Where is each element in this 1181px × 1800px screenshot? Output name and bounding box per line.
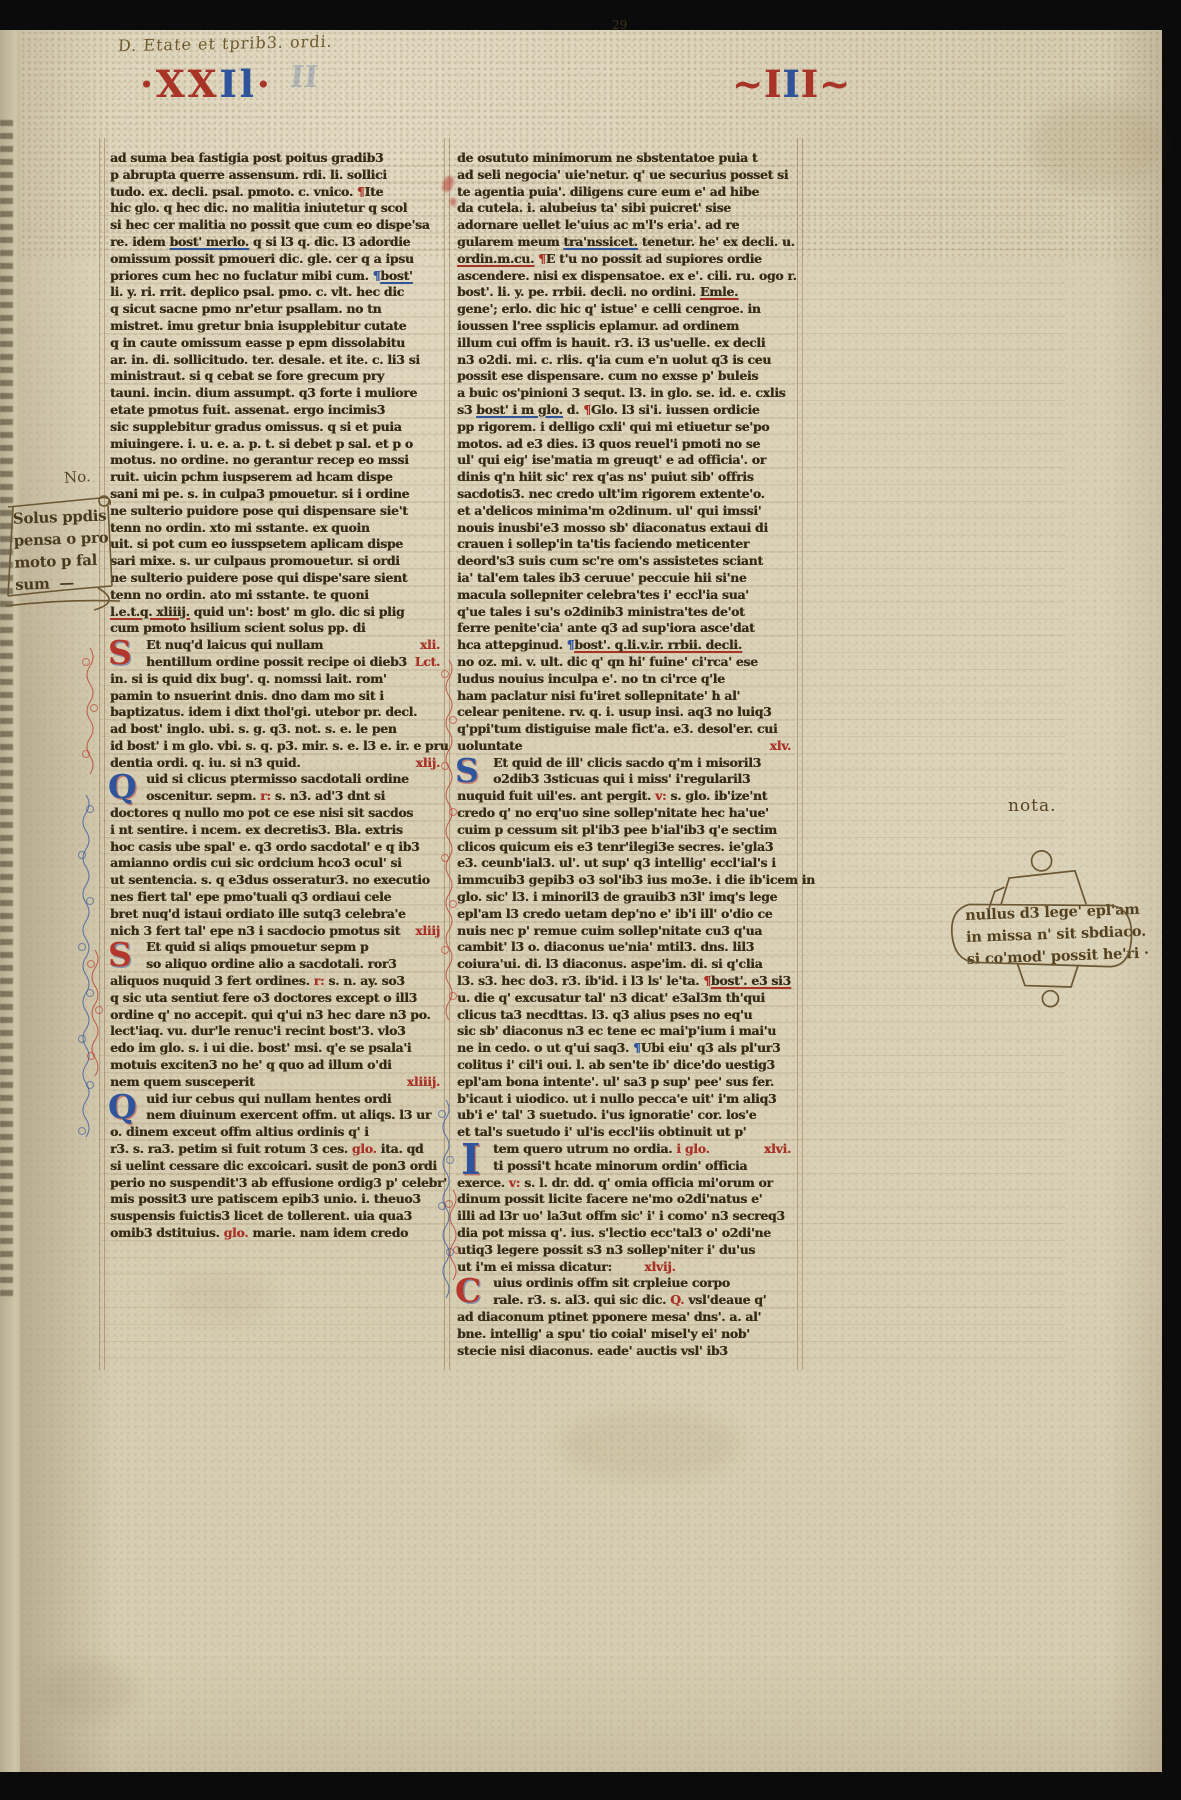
chapter-number: xlv. <box>770 738 791 755</box>
text-segment: nuquid fuit uil'es. ant pergit. <box>457 788 655 803</box>
text-segment: li. y. ri. rrit. deplico psal. pmo. c. v… <box>110 284 404 299</box>
numeral-part: ~ <box>732 62 764 106</box>
text-line: dia pot missa q'. ius. s'lectio ecc'tal3… <box>457 1225 795 1242</box>
text-segment: baptizatus. idem i dixt thol'gi. utebor … <box>110 704 417 719</box>
text-line: de osututo minimorum ne sbstentatoe puia… <box>457 150 795 167</box>
text-segment: tenetur. he' ex decli. u. <box>638 234 795 249</box>
numeral-part: X <box>188 62 220 106</box>
text-segment: deord's3 suis cum sc're om's assistetes … <box>457 553 763 568</box>
text-line: motos. ad e3 dies. i3 quos reuel'i pmoti… <box>457 436 795 453</box>
text-column-right: de osututo minimorum ne sbstentatoe puia… <box>457 150 795 1359</box>
numeral-part: I <box>801 62 819 106</box>
text-segment: de osututo minimorum ne sbstentatoe puia… <box>457 150 757 165</box>
text-segment: p abrupta querre assensum. rdi. li. soll… <box>110 167 387 182</box>
numeral-part: ·X <box>140 62 188 106</box>
text-segment: quid un': bost' m glo. dic si plig <box>190 604 405 619</box>
text-line: suspensis fuictis3 licet de tollerent. u… <box>110 1208 444 1225</box>
text-segment: ad diaconum ptinet pponere mesa' dns'. a… <box>457 1309 761 1324</box>
text-segment: glo. <box>352 1141 377 1156</box>
text-line: bne. intellig' a spu' tio coial' misel'y… <box>457 1326 795 1343</box>
text-line: sic sb' diaconus n3 ec tene ec mai'p'ium… <box>457 1023 795 1040</box>
text-segment: sic sb' diaconus n3 ec tene ec mai'p'ium… <box>457 1023 776 1038</box>
text-line: q sicut sacne pmo nr'etur psallam. no tn <box>110 301 444 318</box>
text-segment: ludus nouius inculpa e'. no tn ci'rce q'… <box>457 671 725 686</box>
text-segment: omissum possit pmoueri dic. gle. cer q a… <box>110 251 414 266</box>
vertical-ruling <box>104 138 105 1370</box>
text-segment: hentillum ordine possit recipe oi dieb3 <box>146 654 407 669</box>
text-line: nuis nec p' remue cuim sollep'nitate cu3… <box>457 923 795 940</box>
text-segment: priores cum hec no fuclatur mibi cum. <box>110 268 373 283</box>
text-segment: edo im glo. s. i ui die. bost' msi. q'e … <box>110 1040 411 1055</box>
text-line: clicus ta3 necdttas. l3. q3 alius pses n… <box>457 1007 795 1024</box>
text-segment: colitus i' cil'i oui. l. ab sen'te ib' d… <box>457 1057 775 1072</box>
text-segment: no oz. mi. v. ult. dic q' qn hi' fuine' … <box>457 654 758 669</box>
text-line: Item quero utrum no ordia. i glo.xlvi. <box>457 1141 795 1158</box>
text-segment: ham paclatur nisi fu'iret sollepnitate' … <box>457 688 740 703</box>
text-segment: nich 3 fert tal' epe n3 i sacdocio pmotu… <box>110 923 400 938</box>
text-segment: Et quid de ill' clicis sacdo q'm i misor… <box>493 755 761 770</box>
text-segment: illum cui offm is hauit. r3. i3 us'uelle… <box>457 335 765 350</box>
text-line: ferre penite'cia' ante q3 ad sup'iora as… <box>457 620 795 637</box>
text-line: bret nuq'd istaui ordiato ille sutq3 cel… <box>110 906 444 923</box>
text-segment: ne sulterio puidere pose qui dispe'sare … <box>110 570 407 585</box>
text-segment: v: <box>655 788 666 803</box>
text-line: a buic os'pinioni 3 sequt. l3. in glo. s… <box>457 385 795 402</box>
text-segment: q si l3 q. dic. l3 adordie <box>249 234 410 249</box>
text-line: si uelint cessare dic excoicari. susit d… <box>110 1158 444 1175</box>
text-line: sacdotis3. nec credo ult'im rigorem exte… <box>457 486 795 503</box>
text-line: mis possit3 ure patiscem epib3 unio. i. … <box>110 1191 444 1208</box>
text-segment: d. <box>563 402 584 417</box>
text-segment: r: <box>260 788 271 803</box>
text-line: bost'. li. y. pe. rrbii. decli. no ordin… <box>457 284 795 301</box>
text-line: ne in cedo. o ut q'ui saq3. ¶Ubi eiu' q3… <box>457 1040 795 1057</box>
text-segment: Emle. <box>700 284 738 299</box>
text-line: exerce. v: s. l. dr. dd. q' omia officia… <box>457 1175 795 1192</box>
text-segment: ¶ <box>357 184 365 199</box>
text-segment: da cutela. i. alubeius ta' sibi puicret'… <box>457 200 731 215</box>
text-segment: hic glo. q hec dic. no malitia iniutetur… <box>110 200 407 215</box>
vertical-ruling <box>797 138 798 1370</box>
text-segment: amianno ordis cui sic ordcium hco3 ocul'… <box>110 855 402 870</box>
text-line: da cutela. i. alubeius ta' sibi puicret'… <box>457 200 795 217</box>
text-segment: a buic os'pinioni 3 sequt. l3. in glo. s… <box>457 385 785 400</box>
text-segment: o2dib3 3sticuas qui i miss' i'regularil3 <box>493 771 750 786</box>
vertical-ruling <box>802 138 803 1370</box>
chapter-number: xlvi. <box>764 1141 791 1158</box>
text-segment: bost'. q.li.v.ir. rrbii. decli. <box>574 637 742 652</box>
text-segment: lect'iaq. vu. dur'le renuc'i recint bost… <box>110 1023 405 1038</box>
text-line: etate pmotus fuit. assenat. ergo incimis… <box>110 402 444 419</box>
text-segment: q sicut sacne pmo nr'etur psallam. no tn <box>110 301 381 316</box>
stain <box>560 1410 740 1480</box>
text-segment: stecie nisi diaconus. eade' auctis vsl' … <box>457 1343 728 1358</box>
text-segment: sic supplebitur gradus omissus. q si et … <box>110 419 402 434</box>
text-segment: hoc casis ube spal' e. q3 ordo sacdotal'… <box>110 839 419 854</box>
text-line: dentia ordi. q. iu. si n3 quid.xlij. <box>110 755 444 772</box>
text-line: credo q' no erq'uo sine sollep'nitate he… <box>457 805 795 822</box>
text-segment: sacdotis3. nec credo ult'im rigorem exte… <box>457 486 765 501</box>
text-line: ham paclatur nisi fu'iret sollepnitate' … <box>457 688 795 705</box>
text-line: pamin to nsuerint dnis. dno dam mo sit i <box>110 688 444 705</box>
text-segment: ul' qui eig' ise'matia m greuqt' e ad of… <box>457 452 766 467</box>
text-line: coiura'ui. di. l3 diaconus. aspe'im. di.… <box>457 956 795 973</box>
text-line: uit. si pot cum eo iusspsetem aplicam di… <box>110 536 444 553</box>
text-segment: in. si is quid dix bug'. q. nomssi lait.… <box>110 671 386 686</box>
text-segment: q sic uta sentiut fere o3 doctores excep… <box>110 990 417 1005</box>
text-segment: rale. r3. s. al3. qui sic dic. <box>493 1292 670 1307</box>
text-segment: ordin.m.cu. <box>457 251 534 266</box>
text-line: o2dib3 3sticuas qui i miss' i'regularil3 <box>457 771 795 788</box>
text-line: ad diaconum ptinet pponere mesa' dns'. a… <box>457 1309 795 1326</box>
text-line: q in caute omissum easse p epm dissolabi… <box>110 335 444 352</box>
text-segment: pp rigorem. i delligo cxli' qui mi etiue… <box>457 419 769 434</box>
text-line: SEt quid si aliqs pmouetur sepm p <box>110 939 444 956</box>
nota-label-right: nota. <box>1008 796 1057 816</box>
text-segment: dentia ordi. q. iu. si n3 quid. <box>110 755 300 770</box>
chapter-number: xli. <box>420 637 440 654</box>
text-segment: sani mi pe. s. in culpa3 pmouetur. si i … <box>110 486 409 501</box>
text-segment: exerce. <box>457 1175 509 1190</box>
text-segment: et a'delicos minima'm o2dinum. ul' qui i… <box>457 503 761 518</box>
text-line: so aliquo ordine alio a sacdotali. ror3 <box>110 956 444 973</box>
folio-numeral-xxii: ·XXIl· <box>140 62 273 106</box>
text-segment: s. n. ay. so3 <box>324 973 404 988</box>
text-line: s3 bost' i m glo. d. ¶Glo. l3 si'i. iuss… <box>457 402 795 419</box>
text-segment: ita. qd <box>377 1141 424 1156</box>
text-segment: mistret. imu gretur bnia isupplebitur cu… <box>110 318 406 333</box>
text-line: deord's3 suis cum sc're om's assistetes … <box>457 553 795 570</box>
text-line: hoc casis ube spal' e. q3 ordo sacdotal'… <box>110 839 444 856</box>
text-line: li. y. ri. rrit. deplico psal. pmo. c. v… <box>110 284 444 301</box>
text-segment: bost' <box>380 268 412 283</box>
text-segment: ascendere. nisi ex dispensatoe. ex e'. c… <box>457 268 797 283</box>
text-line: sani mi pe. s. in culpa3 pmouetur. si i … <box>110 486 444 503</box>
text-segment: possit ese dispensare. cum no exsse p' b… <box>457 368 758 383</box>
text-line: id bost' i m glo. vbi. s. q. p3. mir. s.… <box>110 738 444 755</box>
text-line: miuingere. i. u. e. a. p. t. si debet p … <box>110 436 444 453</box>
text-line: epl'am bona intente'. ul' sa3 p sup' pee… <box>457 1074 795 1091</box>
text-segment: s. glo. ib'ize'nt <box>666 788 767 803</box>
text-segment: nuis nec p' remue cuim sollep'nitate cu3… <box>457 923 762 938</box>
text-line: te agentia puia'. diligens cure eum e' a… <box>457 184 795 201</box>
text-line: perio no suspendit'3 ab effusione ordig3… <box>110 1175 444 1192</box>
text-segment: vsl'deaue q' <box>684 1292 766 1307</box>
text-line: ordine q' no accepit. qui q'ui n3 hec da… <box>110 1007 444 1024</box>
text-line: ut i'm ei missa dicatur: xlvij. <box>457 1259 795 1276</box>
text-segment: credo q' no erq'uo sine sollep'nitate he… <box>457 805 769 820</box>
text-segment: tudo. ex. decli. psal. pmoto. c. vnico. <box>110 184 357 199</box>
text-segment: e3. ceunb'ial3. ul'. ut sup' q3 intellig… <box>457 855 776 870</box>
text-segment: xlvij. <box>612 1259 676 1274</box>
text-line: i nt sentire. i ncem. ex decretis3. Bla.… <box>110 822 444 839</box>
text-segment: coiura'ui. di. l3 diaconus. aspe'im. di.… <box>457 956 762 971</box>
manuscript-page: D. Etate et tprib3. ordi. 29 ·XXIl· II ~… <box>0 0 1181 1800</box>
text-segment: mis possit3 ure patiscem epib3 unio. i. … <box>110 1191 421 1206</box>
text-segment: ruit. uicin pchm iuspserem ad hcam dispe <box>110 469 392 484</box>
text-line: ia' tal'em tales ib3 ceruue' peccuie hii… <box>457 570 795 587</box>
text-segment: bost'. li. y. pe. rrbii. decli. no ordin… <box>457 284 700 299</box>
text-segment: sari mixe. s. ur culpaus promouetur. si … <box>110 553 400 568</box>
text-segment: Ubi eiu' q3 als pl'ur3 <box>641 1040 781 1055</box>
text-segment: uit. si pot cum eo iusspsetem aplicam di… <box>110 536 403 551</box>
text-segment: r3. s. ra3. petim si fuit rotum 3 ces. <box>110 1141 352 1156</box>
text-line: et tal's suetudo i' ul'is eccl'iis obtin… <box>457 1124 795 1141</box>
text-line: tudo. ex. decli. psal. pmoto. c. vnico. … <box>110 184 444 201</box>
text-segment: E t'u no possit ad supiores ordie <box>546 251 762 266</box>
text-line: Quid si clicus ptermisso sacdotali ordin… <box>110 771 444 788</box>
text-line: e3. ceunb'ial3. ul'. ut sup' q3 intellig… <box>457 855 795 872</box>
text-line: oscenitur. sepm. r: s. n3. ad'3 dnt si <box>110 788 444 805</box>
text-segment: s. n3. ad'3 dnt si <box>271 788 385 803</box>
red-ink-smudge <box>450 198 456 206</box>
text-segment: doctores q nullo mo pot ce ese nisi sit … <box>110 805 413 820</box>
text-line: tauni. incin. dium assumpt. q3 forte i m… <box>110 385 444 402</box>
text-segment: tauni. incin. dium assumpt. q3 forte i m… <box>110 385 417 400</box>
text-segment: motos. ad e3 dies. i3 quos reuel'i pmoti… <box>457 436 760 451</box>
text-segment: Q. <box>670 1292 684 1307</box>
text-segment: suspensis fuictis3 licet de tollerent. u… <box>110 1208 412 1223</box>
text-line: ub'i e' tal' 3 suetudo. i'us ignoratie' … <box>457 1107 795 1124</box>
text-segment: gene'; erlo. dic hic q' istue' e celli c… <box>457 301 761 316</box>
text-segment: ioussen l'ree ssplicis eplamur. ad ordin… <box>457 318 739 333</box>
text-line: motus. no ordine. no gerantur recep eo m… <box>110 452 444 469</box>
text-segment: ad seli negocia' uie'netur. q' ue securi… <box>457 167 788 182</box>
text-segment: u. die q' excusatur tal' n3 dicat' e3al3… <box>457 990 765 1005</box>
stain <box>45 1660 135 1720</box>
text-line: amianno ordis cui sic ordcium hco3 ocul'… <box>110 855 444 872</box>
text-segment: tra'nssicet. <box>563 234 637 249</box>
text-line: glo. sic' l3. i minoril3 de grauib3 n3l'… <box>457 889 795 906</box>
text-line: SEt quid de ill' clicis sacdo q'm i miso… <box>457 755 795 772</box>
text-segment: clicos quicum eis e3 tenr'ilegi3e secres… <box>457 839 773 854</box>
text-segment: nouis inusbi'e3 mosso sb' diaconatus ext… <box>457 520 768 535</box>
text-segment: et tal's suetudo i' ul'is eccl'iis obtin… <box>457 1124 746 1139</box>
text-segment: ti possi't hcate minorum ordin' officia <box>493 1158 747 1173</box>
text-segment: ordine q' no accepit. qui q'ui n3 hec da… <box>110 1007 430 1022</box>
text-segment: re. idem <box>110 234 169 249</box>
text-line: hca attepginud. ¶bost'. q.li.v.ir. rrbii… <box>457 637 795 654</box>
text-segment: Et quid si aliqs pmouetur sepm p <box>146 939 368 954</box>
marginal-note-left: Solus ppdispensa o promoto p falsum — <box>12 504 115 595</box>
adjacent-leaf-text-sliver <box>0 120 13 1300</box>
text-segment: si hec cer malitia no possit que cum eo … <box>110 217 430 232</box>
text-line: mistret. imu gretur bnia isupplebitur cu… <box>110 318 444 335</box>
text-segment: ad suma bea fastigia post poitus gradib3 <box>110 150 383 165</box>
text-line: priores cum hec no fuclatur mibi cum. ¶b… <box>110 268 444 285</box>
text-segment: celear penitene. rv. q. i. usup insi. aq… <box>457 704 771 719</box>
text-line: nuquid fuit uil'es. ant pergit. v: s. gl… <box>457 788 795 805</box>
text-line: et a'delicos minima'm o2dinum. ul' qui i… <box>457 503 795 520</box>
text-line: sic supplebitur gradus omissus. q si et … <box>110 419 444 436</box>
text-line: n3 o2di. mi. c. rlis. q'ia cum e'n uolut… <box>457 352 795 369</box>
text-line: q sic uta sentiut fere o3 doctores excep… <box>110 990 444 1007</box>
text-segment: l.e.t.q. xliiij. <box>110 604 190 619</box>
text-line: hic glo. q hec dic. no malitia iniutetur… <box>110 200 444 217</box>
text-segment: ¶ <box>538 251 546 266</box>
text-segment: hca attepginud. <box>457 637 567 652</box>
text-line: b'icaut i uiodico. ut i nullo pecca'e ui… <box>457 1091 795 1108</box>
text-line: ludus nouius inculpa e'. no tn ci'rce q'… <box>457 671 795 688</box>
text-line: lect'iaq. vu. dur'le renuc'i recint bost… <box>110 1023 444 1040</box>
text-segment: bret nuq'd istaui ordiato ille sutq3 cel… <box>110 906 406 921</box>
nota-abbrev-left: No. <box>63 467 91 487</box>
numeral-part: I <box>782 62 800 106</box>
text-line: no oz. mi. v. ult. dic q' qn hi' fuine' … <box>457 654 795 671</box>
chapter-number: xliij <box>415 923 440 940</box>
text-segment: uid si clicus ptermisso sacdotali ordine <box>146 771 409 786</box>
text-line: cuim p cessum sit pl'ib3 pee b'ial'ib3 q… <box>457 822 795 839</box>
corner-mark: 29 <box>612 18 627 32</box>
text-segment: so aliquo ordine alio a sacdotali. ror3 <box>146 956 396 971</box>
text-line: re. idem bost' merlo. q si l3 q. dic. l3… <box>110 234 444 251</box>
text-line: gularem meum tra'nssicet. tenetur. he' e… <box>457 234 795 251</box>
text-line: motuis exciten3 no he' q quo ad illum o'… <box>110 1057 444 1074</box>
text-line: ad suma bea fastigia post poitus gradib3 <box>110 150 444 167</box>
text-line: illi ad l3r uo' la3ut offm sic' i' i com… <box>457 1208 795 1225</box>
text-line: ne sulterio puidere pose qui dispe'sare … <box>110 570 444 587</box>
text-segment: cum pmoto hsilium scient solus pp. di <box>110 620 365 635</box>
text-line: ascendere. nisi ex dispensatoe. ex e'. c… <box>457 268 795 285</box>
text-line: Cuius ordinis offm sit crpleiue corpo <box>457 1275 795 1292</box>
text-segment: perio no suspendit'3 ab effusione ordig3… <box>110 1175 447 1190</box>
text-segment: n3 o2di. mi. c. rlis. q'ia cum e'n uolut… <box>457 352 771 367</box>
text-segment: o. dinem exceut offm altius ordinis q' i <box>110 1124 369 1139</box>
text-segment: q'ue tales i su's o2dinib3 ministra'tes … <box>457 604 745 619</box>
text-segment: tenn no ordin. xto mi sstante. ex quoin <box>110 520 370 535</box>
text-segment: l3. s3. hec do3. r3. ib'id. i l3 ls' le'… <box>457 973 703 988</box>
note-line: pensa o pro <box>13 526 114 551</box>
text-segment: Ite <box>365 184 384 199</box>
text-line: o. dinem exceut offm altius ordinis q' i <box>110 1124 444 1141</box>
chapter-numeral-iii: ~III~ <box>732 62 851 106</box>
text-line: dinum possit licite facere ne'mo o2di'na… <box>457 1191 795 1208</box>
text-line: crauen i sollep'in ta'tis faciendo metic… <box>457 536 795 553</box>
text-segment: s. l. dr. dd. q' omia officia mi'orum or <box>520 1175 773 1190</box>
text-line: macula sollepniter celebra'tes i' eccl'i… <box>457 587 795 604</box>
text-segment: aliquos nuquid 3 fert ordines. <box>110 973 314 988</box>
text-segment: ne in cedo. o ut q'ui saq3. <box>457 1040 633 1055</box>
text-line: ruit. uicin pchm iuspserem ad hcam dispe <box>110 469 444 486</box>
text-segment: epl'am bona intente'. ul' sa3 p sup' pee… <box>457 1074 774 1089</box>
text-segment: te agentia puia'. diligens cure eum e' a… <box>457 184 759 199</box>
text-segment: miuingere. i. u. e. a. p. t. si debet p … <box>110 436 413 451</box>
text-line: in. si is quid dix bug'. q. nomssi lait.… <box>110 671 444 688</box>
text-line: ioussen l'ree ssplicis eplamur. ad ordin… <box>457 318 795 335</box>
text-line: ad seli negocia' uie'netur. q' ue securi… <box>457 167 795 184</box>
text-segment: ministraut. si q cebat se fore grecum pr… <box>110 368 384 383</box>
text-segment: illi ad l3r uo' la3ut offm sic' i' i com… <box>457 1208 785 1223</box>
text-segment: ar. in. di. sollicitudo. ter. desale. et… <box>110 352 420 367</box>
text-line: ordin.m.cu. ¶E t'u no possit ad supiores… <box>457 251 795 268</box>
numeral-part: · <box>257 62 273 106</box>
text-segment: ¶ <box>633 1040 641 1055</box>
text-line: utiq3 legere possit s3 n3 sollep'niter i… <box>457 1242 795 1259</box>
text-line: adornare uellet le'uius ac m'l's eria'. … <box>457 217 795 234</box>
text-segment: ferre penite'cia' ante q3 ad sup'iora as… <box>457 620 755 635</box>
text-segment: marie. nam idem credo <box>248 1225 408 1240</box>
text-segment: glo. sic' l3. i minoril3 de grauib3 n3l'… <box>457 889 777 904</box>
text-segment: s3 <box>457 402 476 417</box>
text-line: ne sulterio puidore pose qui dispensare … <box>110 503 444 520</box>
numeral-part: Il <box>219 62 256 106</box>
text-segment: nes fiert tal' epe pmo'tuali q3 ordiaui … <box>110 889 391 904</box>
text-segment: uius ordinis offm sit crpleiue corpo <box>493 1275 730 1290</box>
text-segment: cambit' l3 o. diaconus ue'nia' mtil3. dn… <box>457 939 754 954</box>
text-segment: ¶ <box>583 402 591 417</box>
text-segment: ut sentencia. s. q e3dus osseratur3. no … <box>110 872 430 887</box>
text-line: aliquos nuquid 3 fert ordines. r: s. n. … <box>110 973 444 990</box>
text-line: ministraut. si q cebat se fore grecum pr… <box>110 368 444 385</box>
text-segment: i nt sentire. i ncem. ex decretis3. Bla.… <box>110 822 403 837</box>
text-line: nem quem susceperitxliiij. <box>110 1074 444 1091</box>
text-line: ul' qui eig' ise'matia m greuqt' e ad of… <box>457 452 795 469</box>
vertical-ruling <box>449 138 450 1370</box>
text-line: nich 3 fert tal' epe n3 i sacdocio pmotu… <box>110 923 444 940</box>
text-segment: bost'. e3 si3 <box>711 973 791 988</box>
text-line: colitus i' cil'i oui. l. ab sen'te ib' d… <box>457 1057 795 1074</box>
marginal-cartouche-note: nullus d3 lege' epl'amin missa n' sit sb… <box>965 899 1135 971</box>
text-segment: motuis exciten3 no he' q quo ad illum o'… <box>110 1057 391 1072</box>
text-segment: ¶ <box>703 973 711 988</box>
vertical-ruling <box>99 138 100 1370</box>
text-segment: dinis q'n hiit sic' rex q'as ns' puiut s… <box>457 469 753 484</box>
text-line: dinis q'n hiit sic' rex q'as ns' puiut s… <box>457 469 795 486</box>
text-line: r3. s. ra3. petim si fuit rotum 3 ces. g… <box>110 1141 444 1158</box>
text-column-left: ad suma bea fastigia post poitus gradib3… <box>110 150 444 1242</box>
text-segment: ad bost' inglo. ubi. s. g. q3. not. s. e… <box>110 721 397 736</box>
numeral-part: ~ <box>819 62 851 106</box>
text-segment: motus. no ordine. no gerantur recep eo m… <box>110 452 409 467</box>
text-line: pp rigorem. i delligo cxli' qui mi etiue… <box>457 419 795 436</box>
text-segment: glo. <box>224 1225 249 1240</box>
text-segment: ub'i e' tal' 3 suetudo. i'us ignoratie' … <box>457 1107 756 1122</box>
text-segment: adornare uellet le'uius ac m'l's eria'. … <box>457 217 739 232</box>
text-segment: q in caute omissum easse p epm dissolabi… <box>110 335 405 350</box>
text-line: hentillum ordine possit recipe oi dieb3L… <box>110 654 444 671</box>
text-segment: clicus ta3 necdttas. l3. q3 alius pses n… <box>457 1007 752 1022</box>
text-segment: utiq3 legere possit s3 n3 sollep'niter i… <box>457 1242 755 1257</box>
text-line: rale. r3. s. al3. qui sic dic. Q. vsl'de… <box>457 1292 795 1309</box>
chapter-number: xliiij. <box>407 1074 440 1091</box>
text-segment: i glo. <box>676 1141 709 1156</box>
text-segment: b'icaut i uiodico. ut i nullo pecca'e ui… <box>457 1091 776 1106</box>
text-segment: cuim p cessum sit pl'ib3 pee b'ial'ib3 q… <box>457 822 777 837</box>
text-segment: bost' i m glo. <box>476 402 562 417</box>
text-segment: Et nuq'd laicus qui nullam <box>146 637 323 652</box>
text-line: tenn no ordin. ato mi sstante. te quoni <box>110 587 444 604</box>
folio-numeral-ghost: II <box>288 60 320 95</box>
text-line: Quid iur cebus qui nullam hentes ordi <box>110 1091 444 1108</box>
text-line: clicos quicum eis e3 tenr'ilegi3e secres… <box>457 839 795 856</box>
text-segment: dinum possit licite facere ne'mo o2di'na… <box>457 1191 762 1206</box>
text-line: q'ue tales i su's o2dinib3 ministra'tes … <box>457 604 795 621</box>
text-segment: tem quero utrum no ordia. <box>493 1141 676 1156</box>
text-segment: pamin to nsuerint dnis. dno dam mo sit i <box>110 688 384 703</box>
text-segment: etate pmotus fuit. assenat. ergo incimis… <box>110 402 385 417</box>
text-segment: macula sollepniter celebra'tes i' eccl'i… <box>457 587 749 602</box>
text-line: doctores q nullo mo pot ce ese nisi sit … <box>110 805 444 822</box>
text-segment: v: <box>509 1175 520 1190</box>
text-segment: tenn no ordin. ato mi sstante. te quoni <box>110 587 369 602</box>
text-line: uoluntatexlv. <box>457 738 795 755</box>
text-line: si hec cer malitia no possit que cum eo … <box>110 217 444 234</box>
text-line: nem diuinum exercent offm. ut aliqs. l3 … <box>110 1107 444 1124</box>
text-line: sari mixe. s. ur culpaus promouetur. si … <box>110 553 444 570</box>
text-line: ut sentencia. s. q e3dus osseratur3. no … <box>110 872 444 889</box>
chapter-number: xlij. <box>416 755 440 772</box>
text-line: immcuib3 gepib3 o3 sol'ib3 ius mo3e. i d… <box>457 872 795 889</box>
